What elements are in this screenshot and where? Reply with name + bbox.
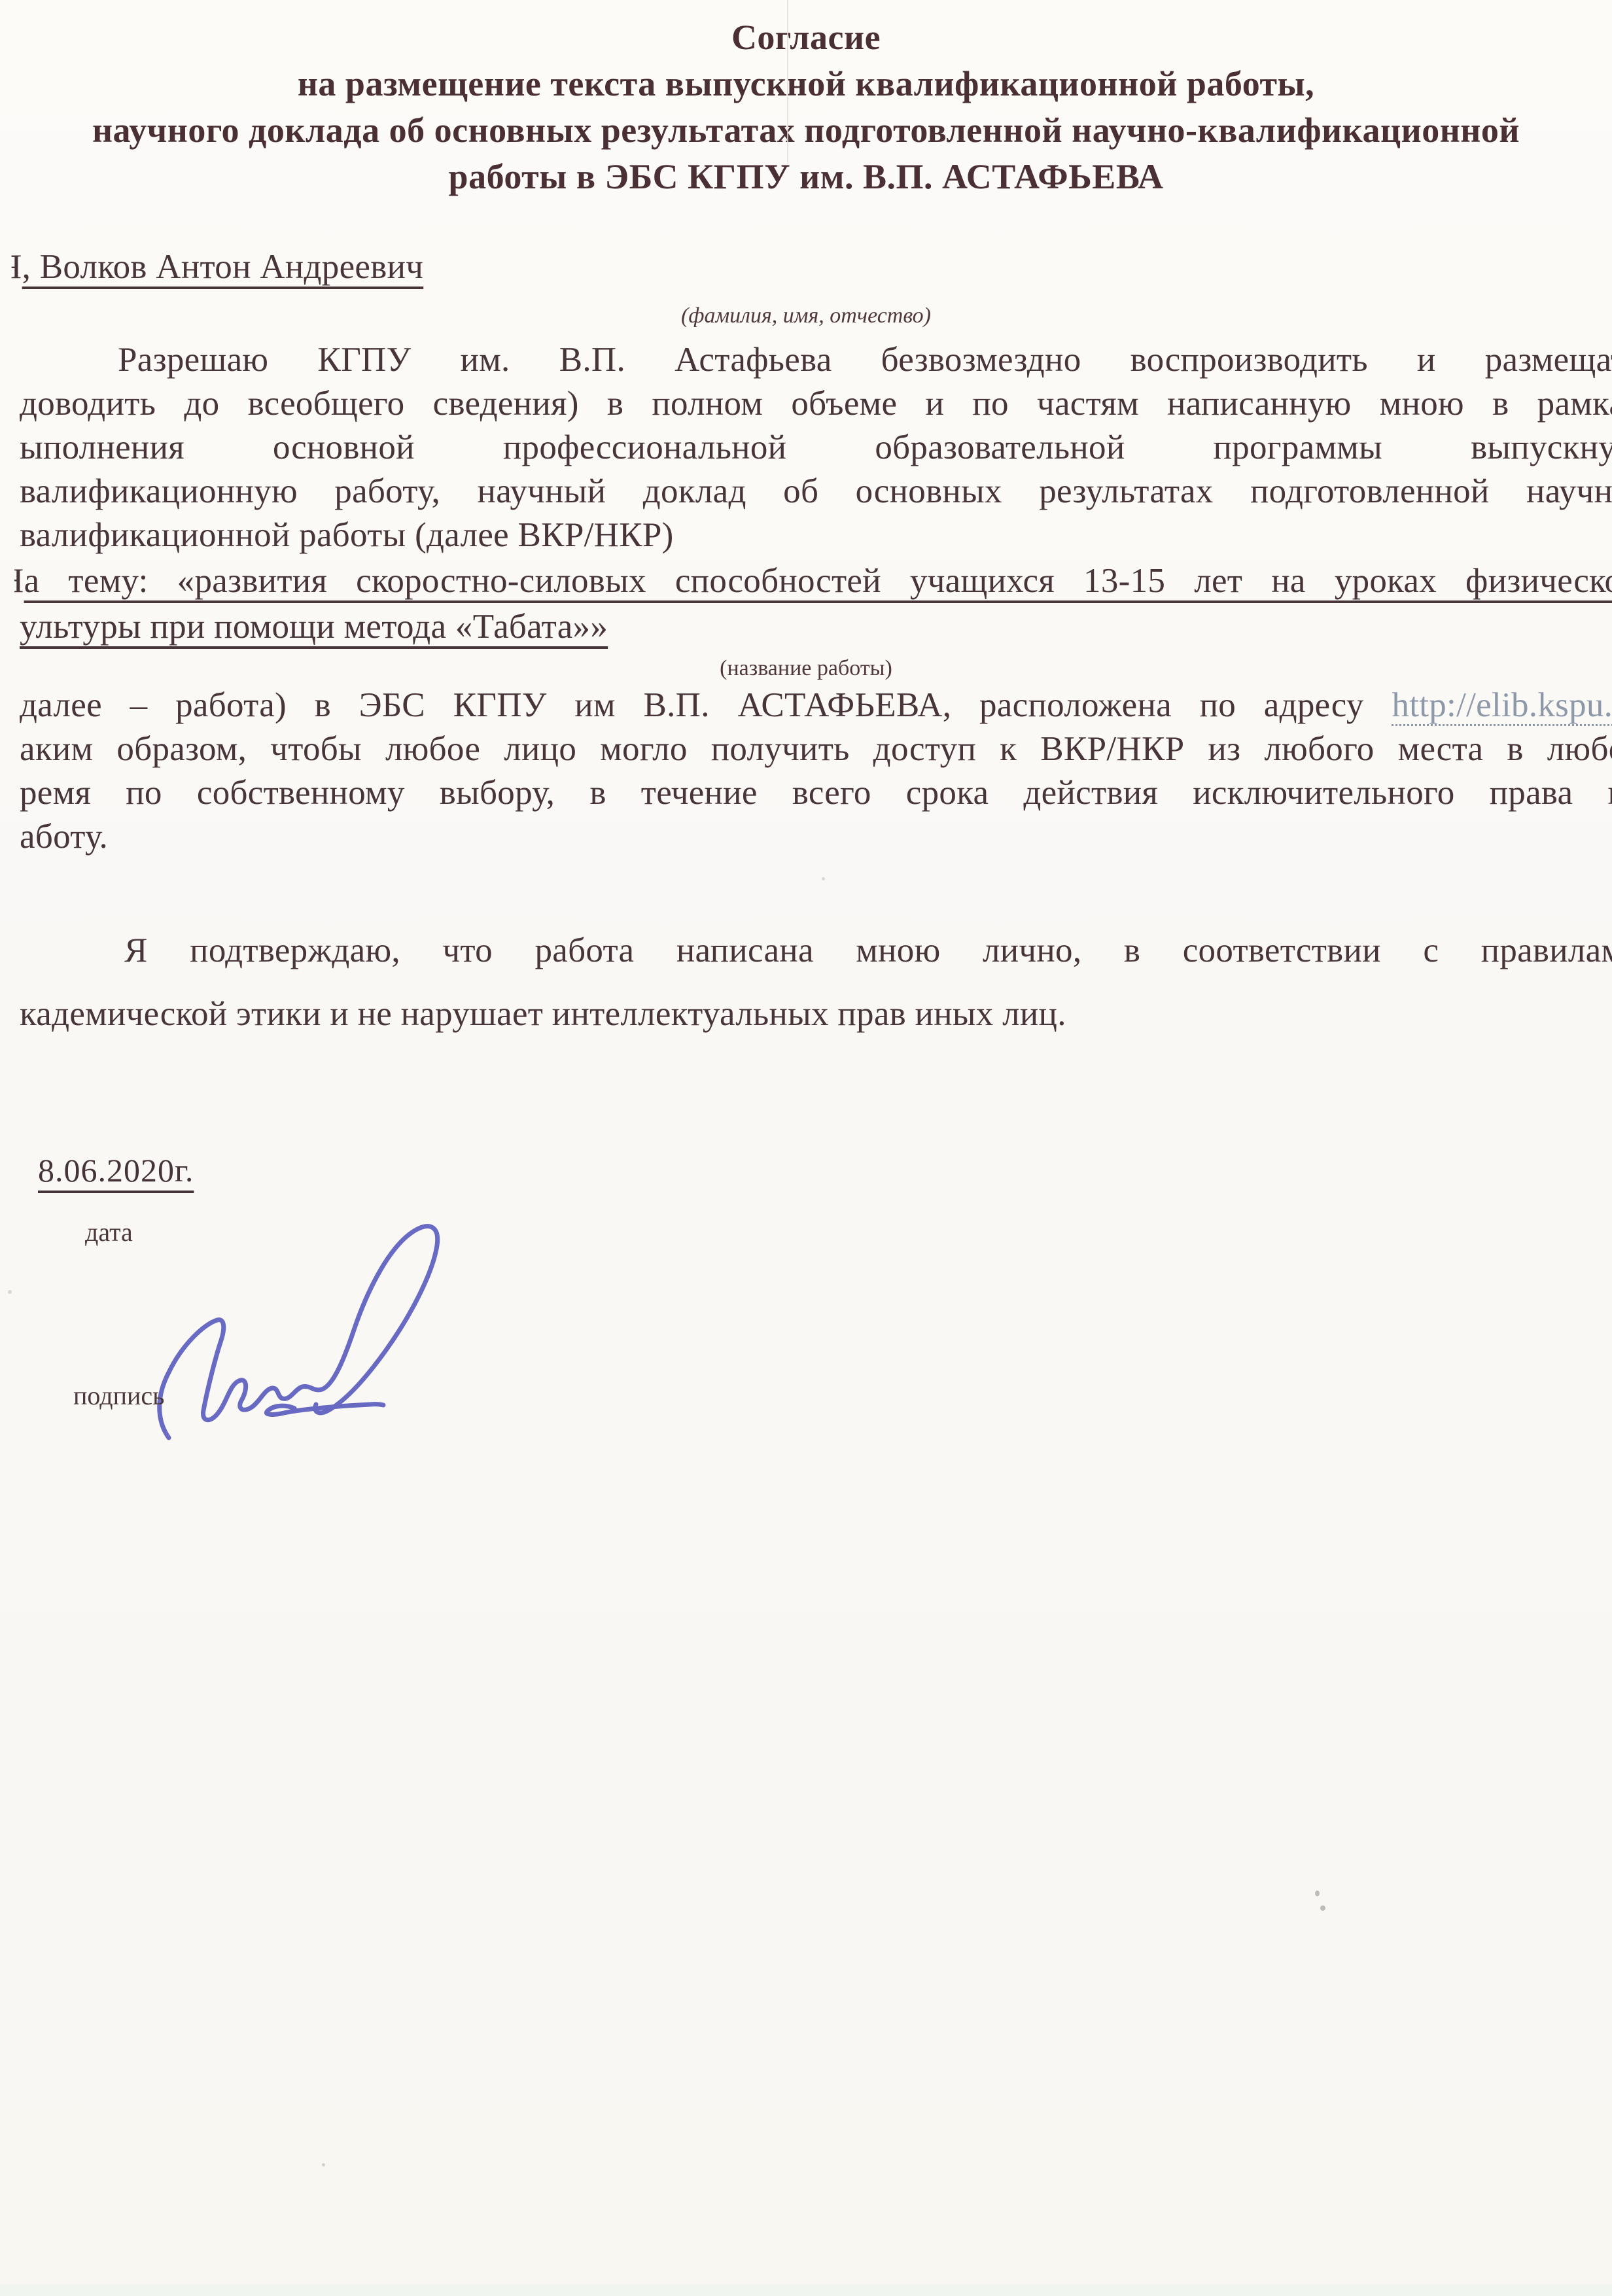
paper-speck xyxy=(822,877,825,880)
scan-bottom-edge xyxy=(0,2284,1612,2296)
paper-speck xyxy=(8,1290,12,1294)
permission-line-1: Разрешаю КГПУ им. В.П. Астафьева безвозм… xyxy=(20,340,1612,379)
document-title-line-1: Согласие xyxy=(0,17,1612,58)
permission-line-4: валификационную работу, научный доклад о… xyxy=(20,472,1612,511)
access-line-1-text: далее – работа) в ЭБС КГПУ им В.П. АСТАФ… xyxy=(20,686,1364,724)
access-line-4: аботу. xyxy=(20,817,108,856)
topic-text: а тему: «развития скоростно-силовых спос… xyxy=(24,562,1612,600)
name-caption: (фамилия, имя, отчество) xyxy=(0,304,1612,328)
signature-ink xyxy=(156,1221,470,1450)
permission-line-3: ыполнения основной профессиональной обра… xyxy=(20,428,1612,467)
signature-label: подпись xyxy=(73,1380,164,1411)
access-line-1: далее – работа) в ЭБС КГПУ им В.П. АСТАФ… xyxy=(20,686,1612,725)
topic-caption: (название работы) xyxy=(0,656,1612,681)
elibrary-url: http://elib.kspu.ru xyxy=(1392,686,1612,724)
paper-speck xyxy=(1320,1905,1325,1911)
cropped-letter: Н xyxy=(0,561,24,600)
scanned-consent-document: Согласие на размещение текста выпускной … xyxy=(0,0,1612,2296)
ethics-line-1: Я подтверждаю, что работа написана мною … xyxy=(20,931,1612,970)
author-name-text: , Волков Антон Андреевич xyxy=(22,248,424,286)
author-name-line: Я, Волков Антон Андреевич xyxy=(0,247,423,287)
date-value: 8.06.2020г. xyxy=(38,1151,194,1189)
ethics-line-2: кадемической этики и не нарушает интелле… xyxy=(20,994,1066,1034)
document-title-line-4: работы в ЭБС КГПУ им. В.П. АСТАФЬЕВА xyxy=(0,156,1612,197)
permission-line-5: валификационной работы (далее ВКР/НКР) xyxy=(20,515,674,555)
topic-line-1: На тему: «развития скоростно-силовых спо… xyxy=(0,561,1612,600)
document-title-line-2: на размещение текста выпускной квалифика… xyxy=(0,63,1612,104)
scan-scratch-artifact xyxy=(787,0,788,164)
signature-main-stroke xyxy=(160,1226,438,1438)
date-label: дата xyxy=(85,1217,133,1247)
paper-speck xyxy=(1315,1890,1320,1896)
permission-line-2: доводить до всеобщего сведения) в полном… xyxy=(20,384,1612,423)
access-line-3: ремя по собственному выбору, в течение в… xyxy=(20,773,1612,812)
signature-strokes xyxy=(160,1226,438,1438)
document-title-line-3: научного доклада об основных результатах… xyxy=(0,110,1612,150)
topic-line-2: ультуры при помощи метода «Табата»» xyxy=(20,607,608,646)
cropped-letter: Я xyxy=(0,247,22,287)
paper-speck xyxy=(322,2163,325,2166)
access-line-2: аким образом, чтобы любое лицо могло пол… xyxy=(20,729,1612,769)
